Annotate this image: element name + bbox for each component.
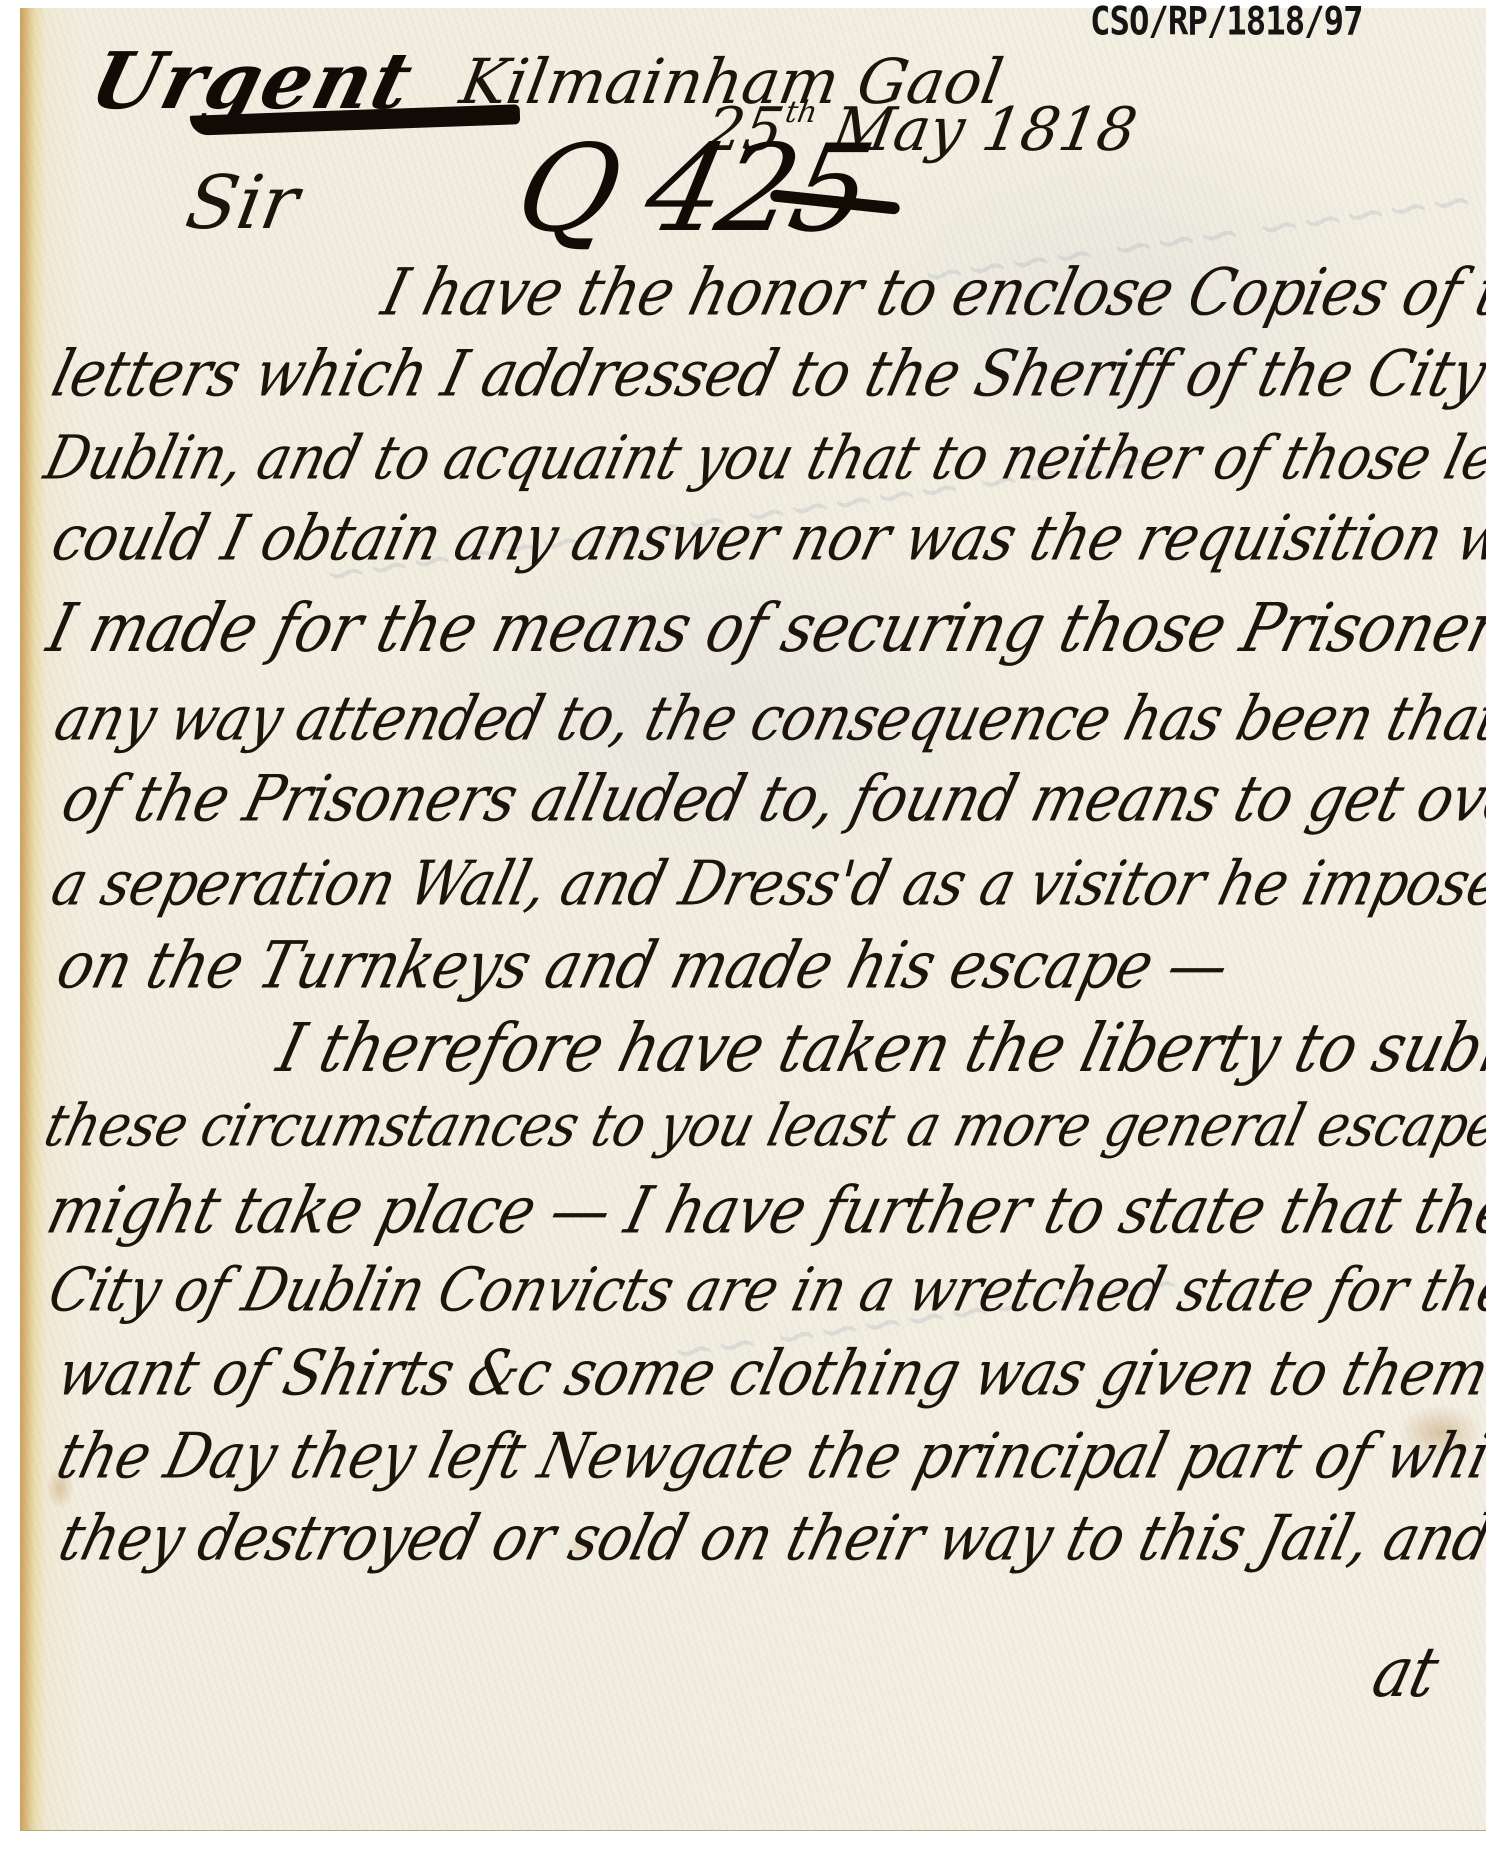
body-line: on the Turnkeys and made his escape — xyxy=(50,927,1236,1003)
body-line: of the Prisoners alluded to, found means… xyxy=(55,762,1486,836)
body-line: could I obtain any answer nor was the re… xyxy=(45,502,1486,575)
body-line: any way attended to, the consequence has… xyxy=(48,682,1486,754)
body-line: a seperation Wall, and Dress'd as a visi… xyxy=(45,847,1486,919)
body-line: letters which I addressed to the Sheriff… xyxy=(45,337,1486,411)
body-line: these circumstances to you least a more … xyxy=(38,1093,1486,1160)
body-line: I have the honor to enclose Copies of tw… xyxy=(375,254,1486,330)
body-line: the Day they left Newgate the principal … xyxy=(50,1420,1486,1493)
body-line: Dublin, and to acquaint you that to neit… xyxy=(38,422,1486,493)
salutation: Sir xyxy=(180,160,305,246)
archive-reference-number: CSO/RP/1818/97 xyxy=(1090,0,1363,45)
body-line: I therefore have taken the liberty to su… xyxy=(270,1010,1486,1088)
body-line: might take place — I have further to sta… xyxy=(40,1172,1486,1248)
body-line: I made for the means of securing those P… xyxy=(40,590,1486,668)
body-line: they destroyed or sold on their way to t… xyxy=(52,1502,1486,1575)
body-line: City of Dublin Convicts are in a wretche… xyxy=(42,1254,1486,1325)
body-line: want of Shirts &c some clothing was give… xyxy=(50,1337,1486,1410)
docket-number: Q 425 xyxy=(505,120,880,259)
